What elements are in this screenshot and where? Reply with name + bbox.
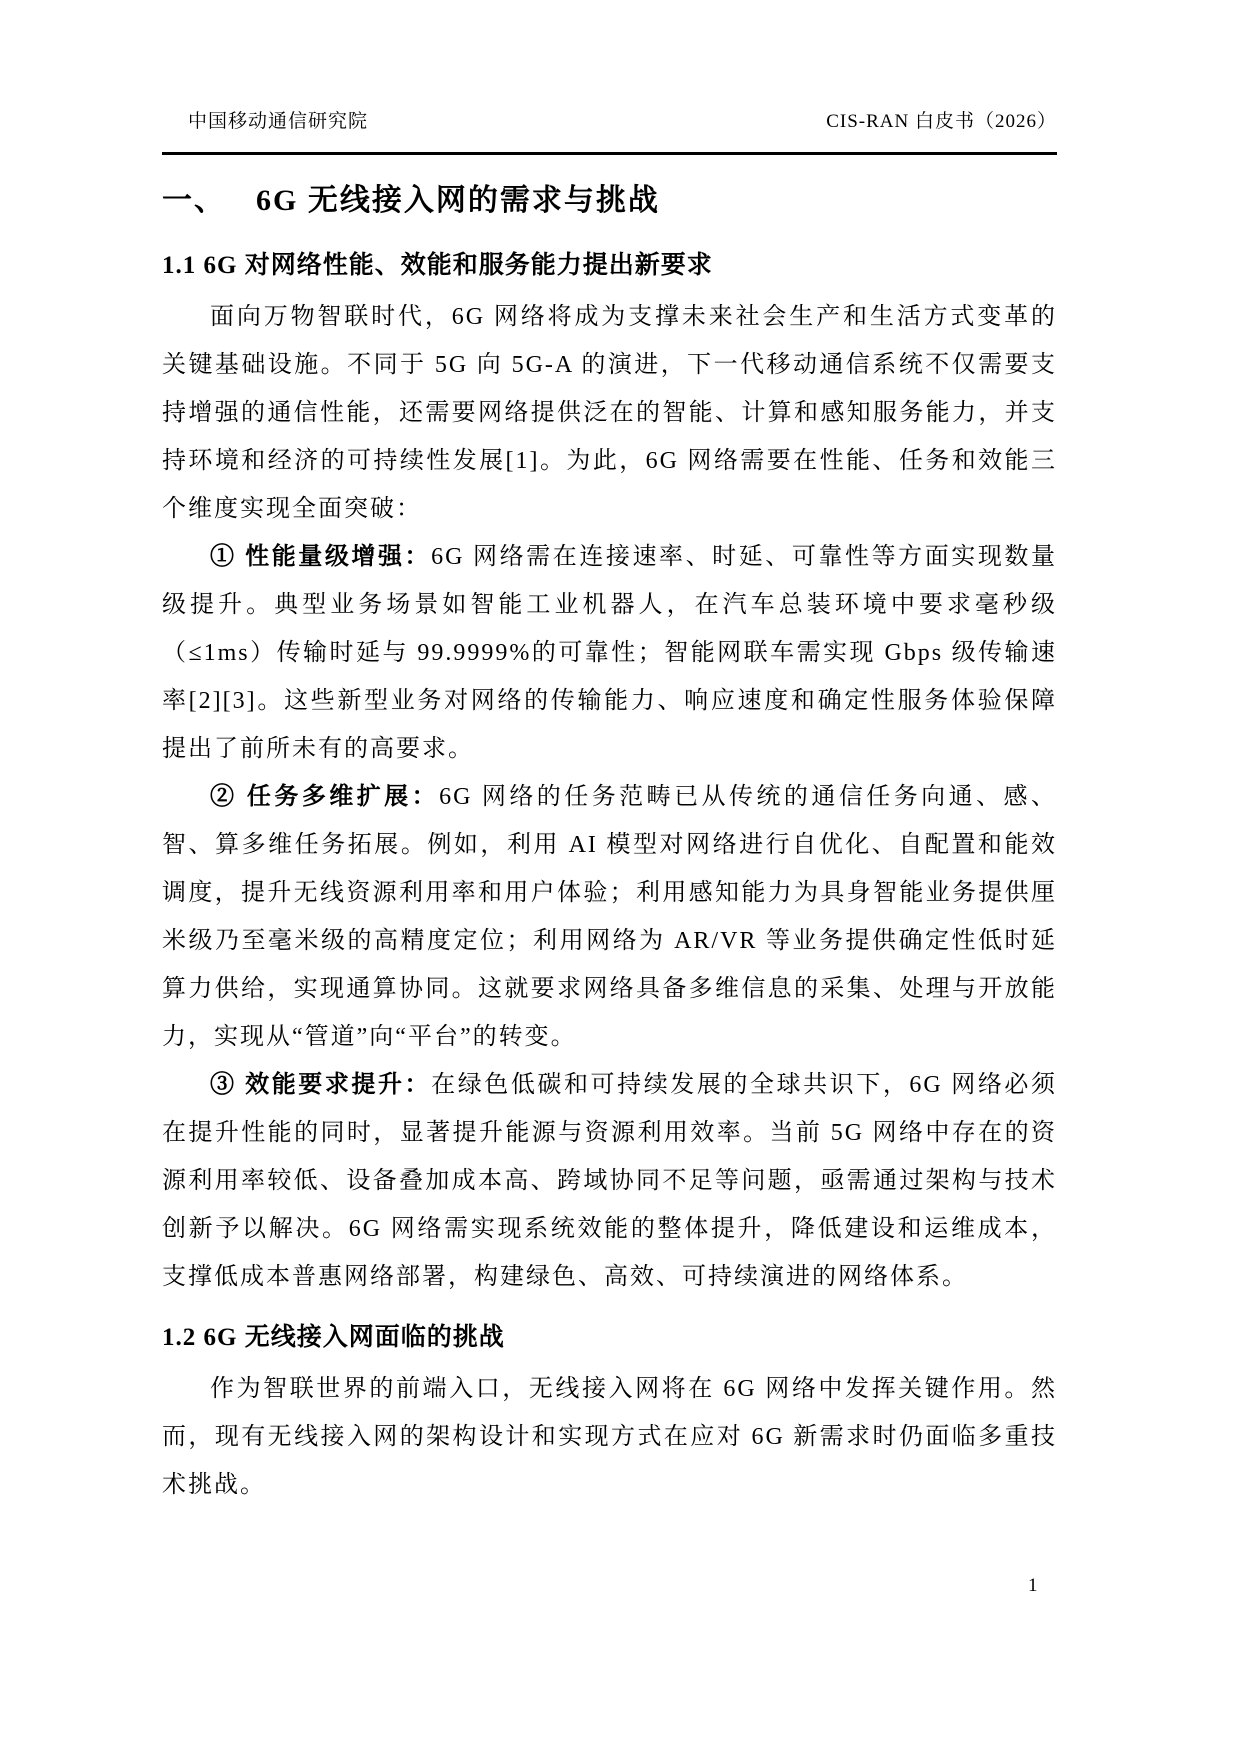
page-number: 1	[1028, 1574, 1038, 1598]
item-3-lead: ③ 效能要求提升：	[210, 1072, 431, 1098]
section-heading-1-1: 1.1 6G 对网络性能、效能和服务能力提出新要求	[162, 249, 1057, 283]
header-doc-title: CIS-RAN 白皮书（2026）	[826, 108, 1057, 136]
paragraph-intro: 面向万物智联时代，6G 网络将成为支撑未来社会生产和生活方式变革的关键基础设施。…	[162, 293, 1057, 533]
document-page: 中国移动通信研究院 CIS-RAN 白皮书（2026） 一、6G 无线接入网的需…	[0, 0, 1240, 1754]
paragraph-item-1: ① 性能量级增强：6G 网络需在连接速率、时延、可靠性等方面实现数量级提升。典型…	[162, 533, 1057, 773]
header-rule	[162, 152, 1057, 155]
item-1-text: 6G 网络需在连接速率、时延、可靠性等方面实现数量级提升。典型业务场景如智能工业…	[162, 544, 1057, 762]
section-heading-1-2: 1.2 6G 无线接入网面临的挑战	[162, 1321, 1057, 1355]
item-1-lead: ① 性能量级增强：	[210, 544, 431, 570]
paragraph-item-3: ③ 效能要求提升：在绿色低碳和可持续发展的全球共识下，6G 网络必须在提升性能的…	[162, 1061, 1057, 1301]
paragraph-section-1-2: 作为智联世界的前端入口，无线接入网将在 6G 网络中发挥关键作用。然而，现有无线…	[162, 1365, 1057, 1509]
item-3-text: 在绿色低碳和可持续发展的全球共识下，6G 网络必须在提升性能的同时，显著提升能源…	[162, 1072, 1057, 1290]
chapter-number: 一、	[162, 181, 226, 221]
header-org-name: 中国移动通信研究院	[188, 108, 368, 136]
chapter-title-text: 6G 无线接入网的需求与挑战	[256, 184, 660, 217]
paragraph-item-2: ② 任务多维扩展：6G 网络的任务范畴已从传统的通信任务向通、感、智、算多维任务…	[162, 773, 1057, 1061]
chapter-title: 一、6G 无线接入网的需求与挑战	[162, 181, 1057, 221]
item-2-lead: ② 任务多维扩展：	[210, 784, 439, 810]
running-header: 中国移动通信研究院 CIS-RAN 白皮书（2026）	[162, 0, 1057, 136]
item-2-text: 6G 网络的任务范畴已从传统的通信任务向通、感、智、算多维任务拓展。例如，利用 …	[162, 784, 1057, 1050]
